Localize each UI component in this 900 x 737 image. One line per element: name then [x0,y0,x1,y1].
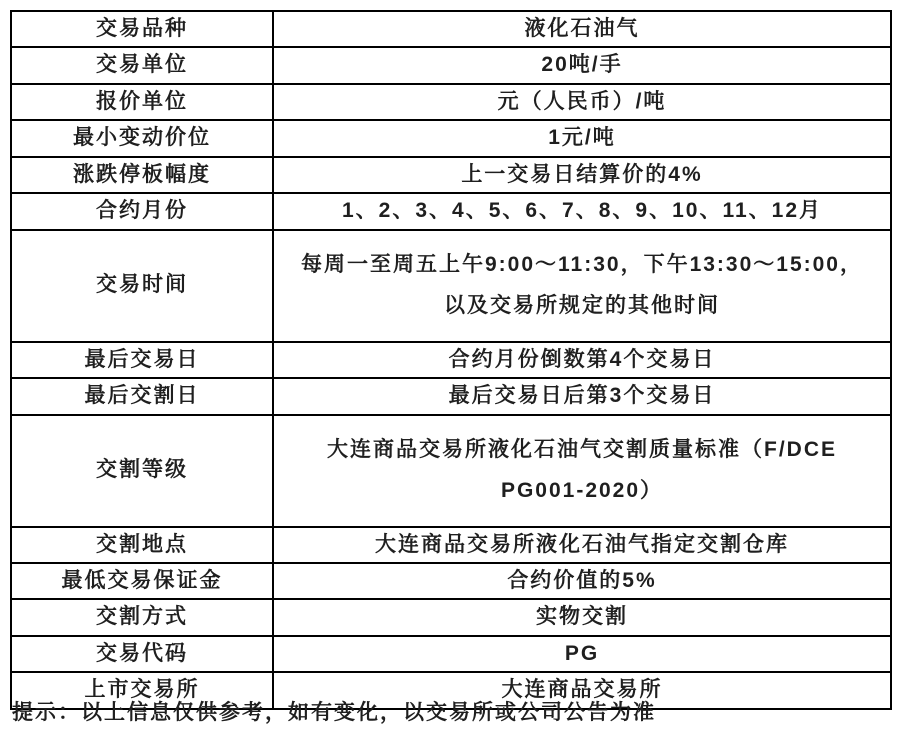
table-row-min-margin: 最低交易保证金 合约价值的5% [11,563,891,599]
row-label: 交易代码 [11,636,273,672]
row-label: 合约月份 [11,193,273,229]
row-value: 大连商品交易所液化石油气交割质量标准（F/DCE PG001-2020） [273,415,891,527]
row-value: 元（人民币）/吨 [273,84,891,120]
row-value: 20吨/手 [273,47,891,83]
table-row-delivery-method: 交割方式 实物交割 [11,599,891,635]
table-row-price-limit: 涨跌停板幅度 上一交易日结算价的4% [11,157,891,193]
row-value: 上一交易日结算价的4% [273,157,891,193]
row-label: 交易单位 [11,47,273,83]
row-label: 交割地点 [11,527,273,563]
row-value: 合约价值的5% [273,563,891,599]
row-value: 合约月份倒数第4个交易日 [273,342,891,378]
table-row-quote-unit: 报价单位 元（人民币）/吨 [11,84,891,120]
disclaimer-note: 提示：以上信息仅供参考，如有变化，以交易所或公司公告为准 [12,696,888,726]
row-label: 最后交易日 [11,342,273,378]
table-row-trading-unit: 交易单位 20吨/手 [11,47,891,83]
table-row-min-tick: 最小变动价位 1元/吨 [11,120,891,156]
row-label: 交易时间 [11,230,273,342]
row-label: 最低交易保证金 [11,563,273,599]
row-label: 最后交割日 [11,378,273,414]
row-value: PG [273,636,891,672]
row-label: 最小变动价位 [11,120,273,156]
table-row-ticker-symbol: 交易代码 PG [11,636,891,672]
row-value: 1、2、3、4、5、6、7、8、9、10、11、12月 [273,193,891,229]
table-row-delivery-grade: 交割等级 大连商品交易所液化石油气交割质量标准（F/DCE PG001-2020… [11,415,891,527]
row-label: 报价单位 [11,84,273,120]
row-label: 交易品种 [11,11,273,47]
row-value: 1元/吨 [273,120,891,156]
table-row-last-delivery-day: 最后交割日 最后交易日后第3个交易日 [11,378,891,414]
row-value: 大连商品交易所液化石油气指定交割仓库 [273,527,891,563]
table-row-contract-months: 合约月份 1、2、3、4、5、6、7、8、9、10、11、12月 [11,193,891,229]
row-value: 实物交割 [273,599,891,635]
table-row-delivery-location: 交割地点 大连商品交易所液化石油气指定交割仓库 [11,527,891,563]
contract-spec-table: 交易品种 液化石油气 交易单位 20吨/手 报价单位 元（人民币）/吨 最小变动… [10,10,892,710]
row-label: 涨跌停板幅度 [11,157,273,193]
table-row-trading-hours: 交易时间 每周一至周五上午9:00～11:30，下午13:30～15:00，以及… [11,230,891,342]
table-row-last-trading-day: 最后交易日 合约月份倒数第4个交易日 [11,342,891,378]
row-label: 交割等级 [11,415,273,527]
contract-spec-page: 交易品种 液化石油气 交易单位 20吨/手 报价单位 元（人民币）/吨 最小变动… [0,0,900,737]
row-label: 交割方式 [11,599,273,635]
row-value: 每周一至周五上午9:00～11:30，下午13:30～15:00，以及交易所规定… [273,230,891,342]
row-value: 液化石油气 [273,11,891,47]
row-value: 最后交易日后第3个交易日 [273,378,891,414]
table-row-trading-variety: 交易品种 液化石油气 [11,11,891,47]
